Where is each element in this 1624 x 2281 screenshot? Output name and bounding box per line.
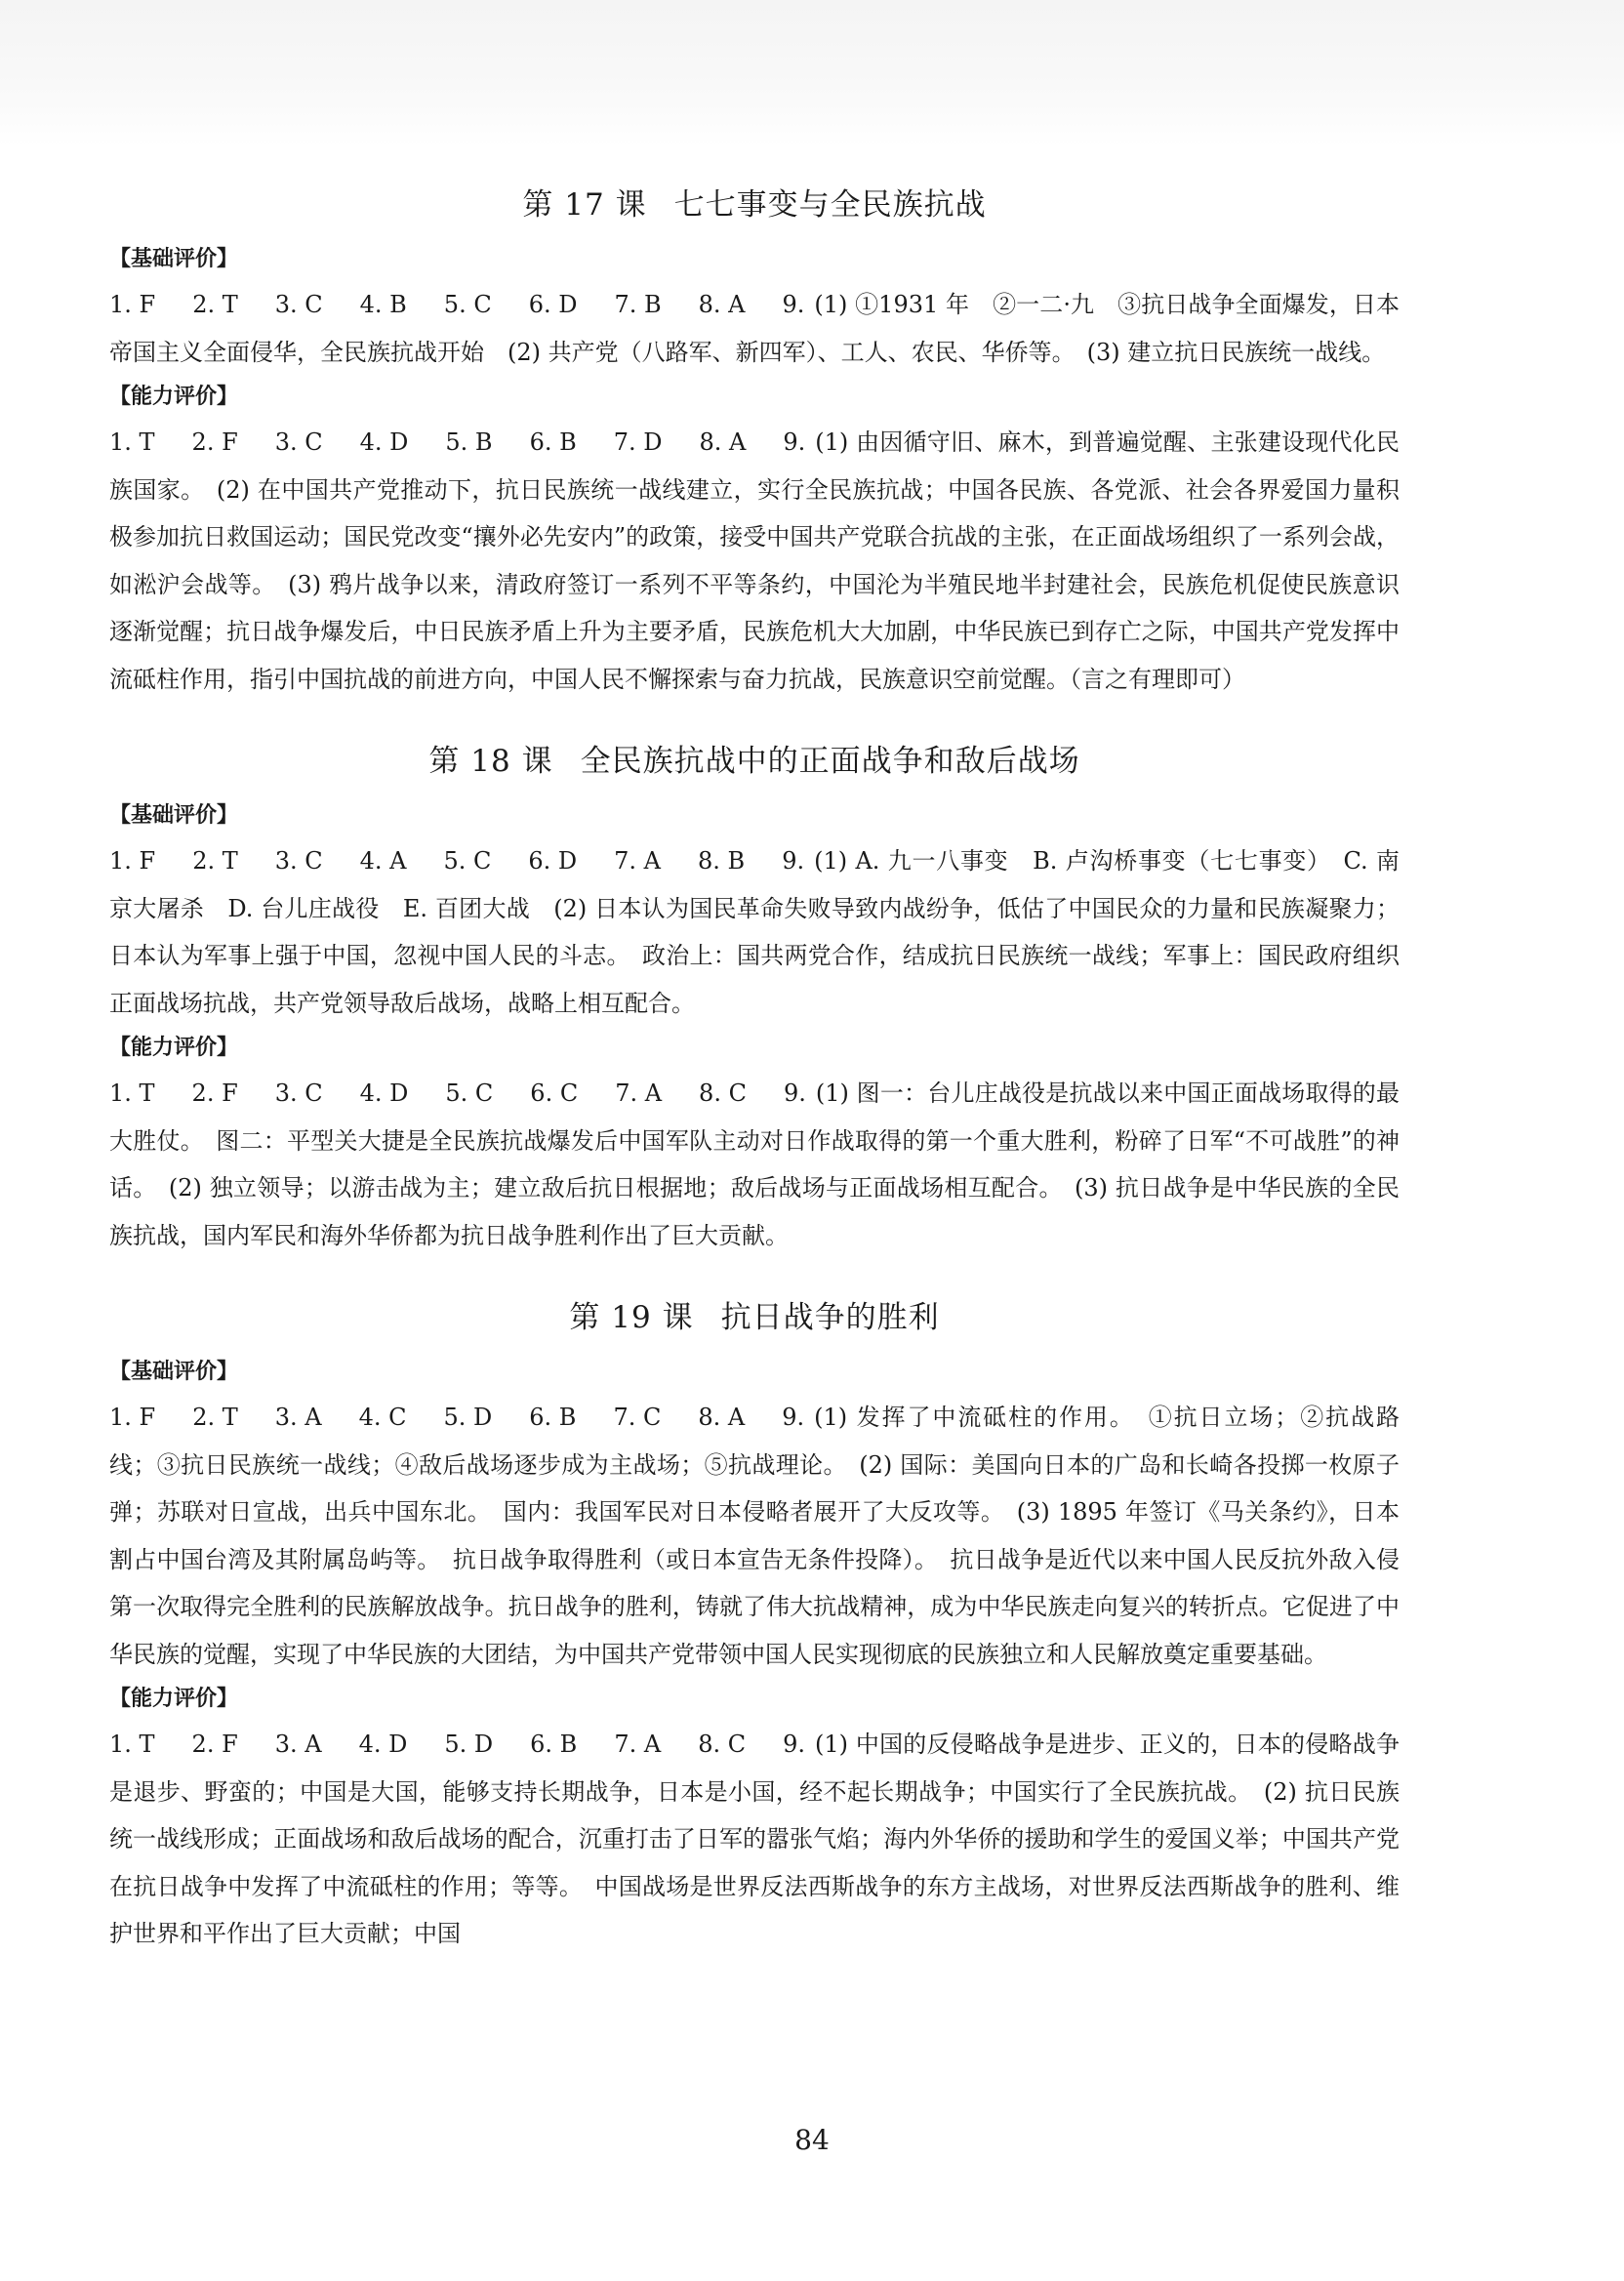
answer-item: 7. C <box>613 1394 661 1442</box>
answer-item: 9. <box>783 419 805 467</box>
lesson-name: 七七事变与全民族抗战 <box>674 187 987 223</box>
answer-text: (1) 由因循守旧、麻木，到普遍觉醒、主张建设现代化民族国家。 (2) 在中国共… <box>109 428 1400 693</box>
answer-item: 7. B <box>614 281 661 329</box>
answer-item: 9. <box>783 1721 805 1769</box>
answer-item: 5. D <box>443 1394 492 1442</box>
lesson-number: 第 17 课 <box>522 187 646 223</box>
section-label-ability: 【能力评价】 <box>109 1678 1400 1721</box>
answer-item: 2. T <box>192 1394 238 1442</box>
answer-item: 9. <box>782 837 804 885</box>
answer-item: 1. T <box>109 1070 155 1118</box>
answer-item: 4. D <box>360 1070 409 1118</box>
answer-item: 9. <box>783 281 805 329</box>
answer-item: 1. T <box>109 419 155 467</box>
answer-item: 8. A <box>699 281 746 329</box>
answer-item: 8. C <box>699 1070 747 1118</box>
answer-paragraph: 1. T2. F3. C4. D5. C6. C7. A8. C9.(1) 图一… <box>109 1070 1400 1259</box>
lesson-title: 第 18 课全民族抗战中的正面战争和敌后战场 <box>109 732 1400 791</box>
section-label-ability: 【能力评价】 <box>109 376 1400 419</box>
answer-item: 5. C <box>445 1070 493 1118</box>
answer-item: 9. <box>784 1070 806 1118</box>
section-label-basic: 【基础评价】 <box>109 1351 1400 1394</box>
page-number: 84 <box>0 2124 1624 2156</box>
answer-text: (1) 发挥了中流砥柱的作用。 ①抗日立场；②抗战路线；③抗日民族统一战线；④敌… <box>109 1404 1400 1668</box>
answer-item: 5. C <box>444 281 492 329</box>
answer-item: 1. T <box>109 1721 155 1769</box>
answer-item: 1. F <box>109 281 155 329</box>
answer-item: 2. F <box>192 419 238 467</box>
answer-item: 1. F <box>109 1394 155 1442</box>
answer-paragraph: 1. F2. T3. C4. A5. C6. D7. A8. B9.(1) A.… <box>109 837 1400 1027</box>
answer-item: 5. C <box>443 837 491 885</box>
answer-item: 3. C <box>275 419 323 467</box>
page-top-shade <box>0 0 1624 146</box>
lesson-18: 第 18 课全民族抗战中的正面战争和敌后战场 【基础评价】 1. F2. T3.… <box>109 732 1400 1259</box>
lesson-19: 第 19 课抗日战争的胜利 【基础评价】 1. F2. T3. A4. C5. … <box>109 1288 1400 1958</box>
answer-item: 6. B <box>530 1721 577 1769</box>
answer-paragraph: 1. T2. F3. A4. D5. D6. B7. A8. C9.(1) 中国… <box>109 1721 1400 1958</box>
answer-item: 4. D <box>360 419 409 467</box>
answer-item: 8. B <box>698 837 745 885</box>
answer-paragraph: 1. T2. F3. C4. D5. B6. B7. D8. A9.(1) 由因… <box>109 419 1400 703</box>
answer-item: 4. C <box>359 1394 407 1442</box>
answer-item: 4. A <box>360 837 407 885</box>
answer-item: 6. D <box>529 281 578 329</box>
answer-item: 7. A <box>614 1721 661 1769</box>
answer-page: 第 17 课七七事变与全民族抗战 【基础评价】 1. F2. T3. C4. B… <box>109 176 1400 1987</box>
answer-item: 6. B <box>529 1394 576 1442</box>
answer-item: 2. F <box>192 1070 238 1118</box>
answer-item: 3. C <box>275 1070 323 1118</box>
answer-paragraph: 1. F2. T3. C4. B5. C6. D7. B8. A9.(1) ①1… <box>109 281 1400 376</box>
lesson-number: 第 18 课 <box>428 744 552 779</box>
answer-item: 3. C <box>275 281 323 329</box>
answer-item: 7. A <box>615 1070 662 1118</box>
answer-item: 4. B <box>360 281 407 329</box>
lesson-title: 第 19 课抗日战争的胜利 <box>109 1288 1400 1347</box>
answer-item: 2. T <box>192 837 238 885</box>
answer-item: 4. D <box>359 1721 408 1769</box>
lesson-17: 第 17 课七七事变与全民族抗战 【基础评价】 1. F2. T3. C4. B… <box>109 176 1400 703</box>
answer-item: 6. C <box>530 1070 578 1118</box>
answer-item: 8. C <box>698 1721 746 1769</box>
answer-item: 2. F <box>192 1721 238 1769</box>
answer-paragraph: 1. F2. T3. A4. C5. D6. B7. C8. A9.(1) 发挥… <box>109 1394 1400 1678</box>
answer-item: 3. A <box>275 1721 322 1769</box>
lesson-title: 第 17 课七七事变与全民族抗战 <box>109 176 1400 234</box>
answer-item: 8. A <box>700 419 747 467</box>
answer-item: 8. A <box>698 1394 745 1442</box>
answer-item: 1. F <box>109 837 155 885</box>
answer-item: 2. T <box>192 281 238 329</box>
answer-item: 5. D <box>444 1721 493 1769</box>
answer-item: 3. A <box>275 1394 322 1442</box>
section-label-ability: 【能力评价】 <box>109 1027 1400 1070</box>
answer-item: 6. B <box>530 419 577 467</box>
answer-item: 7. A <box>614 837 661 885</box>
answer-item: 5. B <box>445 419 492 467</box>
section-label-basic: 【基础评价】 <box>109 238 1400 281</box>
lesson-number: 第 19 课 <box>569 1300 693 1335</box>
answer-item: 6. D <box>528 837 577 885</box>
answer-item: 9. <box>782 1394 804 1442</box>
answer-item: 3. C <box>275 837 323 885</box>
lesson-name: 全民族抗战中的正面战争和敌后战场 <box>581 744 1080 779</box>
lesson-name: 抗日战争的胜利 <box>721 1300 940 1335</box>
section-label-basic: 【基础评价】 <box>109 794 1400 837</box>
answer-item: 7. D <box>614 419 663 467</box>
